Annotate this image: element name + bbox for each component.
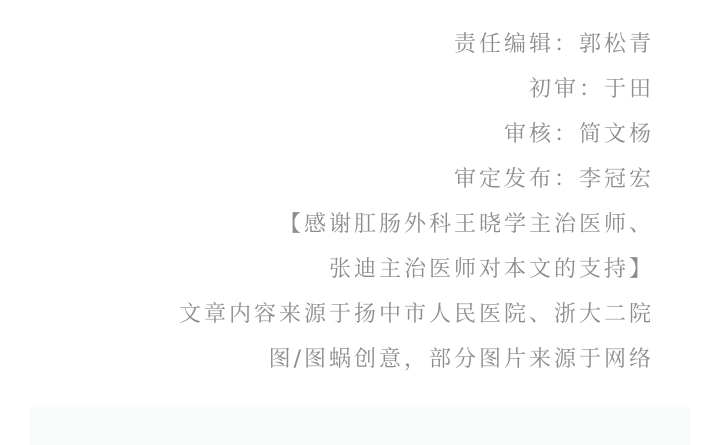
bottom-content-panel xyxy=(29,407,691,445)
acknowledgement-line-1: 【感谢肛肠外科王晓学主治医师、 xyxy=(179,202,654,247)
acknowledgement-line-2: 张迪主治医师对本文的支持】 xyxy=(179,247,654,292)
final-release-credit: 审定发布：李冠宏 xyxy=(179,157,654,202)
article-credits: 责任编辑：郭松青 初审：于田 审核：简文杨 审定发布：李冠宏 【感谢肛肠外科王晓… xyxy=(179,22,654,382)
image-credit: 图/图蜗创意，部分图片来源于网络 xyxy=(179,337,654,382)
first-review-credit: 初审：于田 xyxy=(179,67,654,112)
editor-credit: 责任编辑：郭松青 xyxy=(179,22,654,67)
review-credit: 审核：简文杨 xyxy=(179,112,654,157)
source-credit: 文章内容来源于扬中市人民医院、浙大二院 xyxy=(179,292,654,337)
